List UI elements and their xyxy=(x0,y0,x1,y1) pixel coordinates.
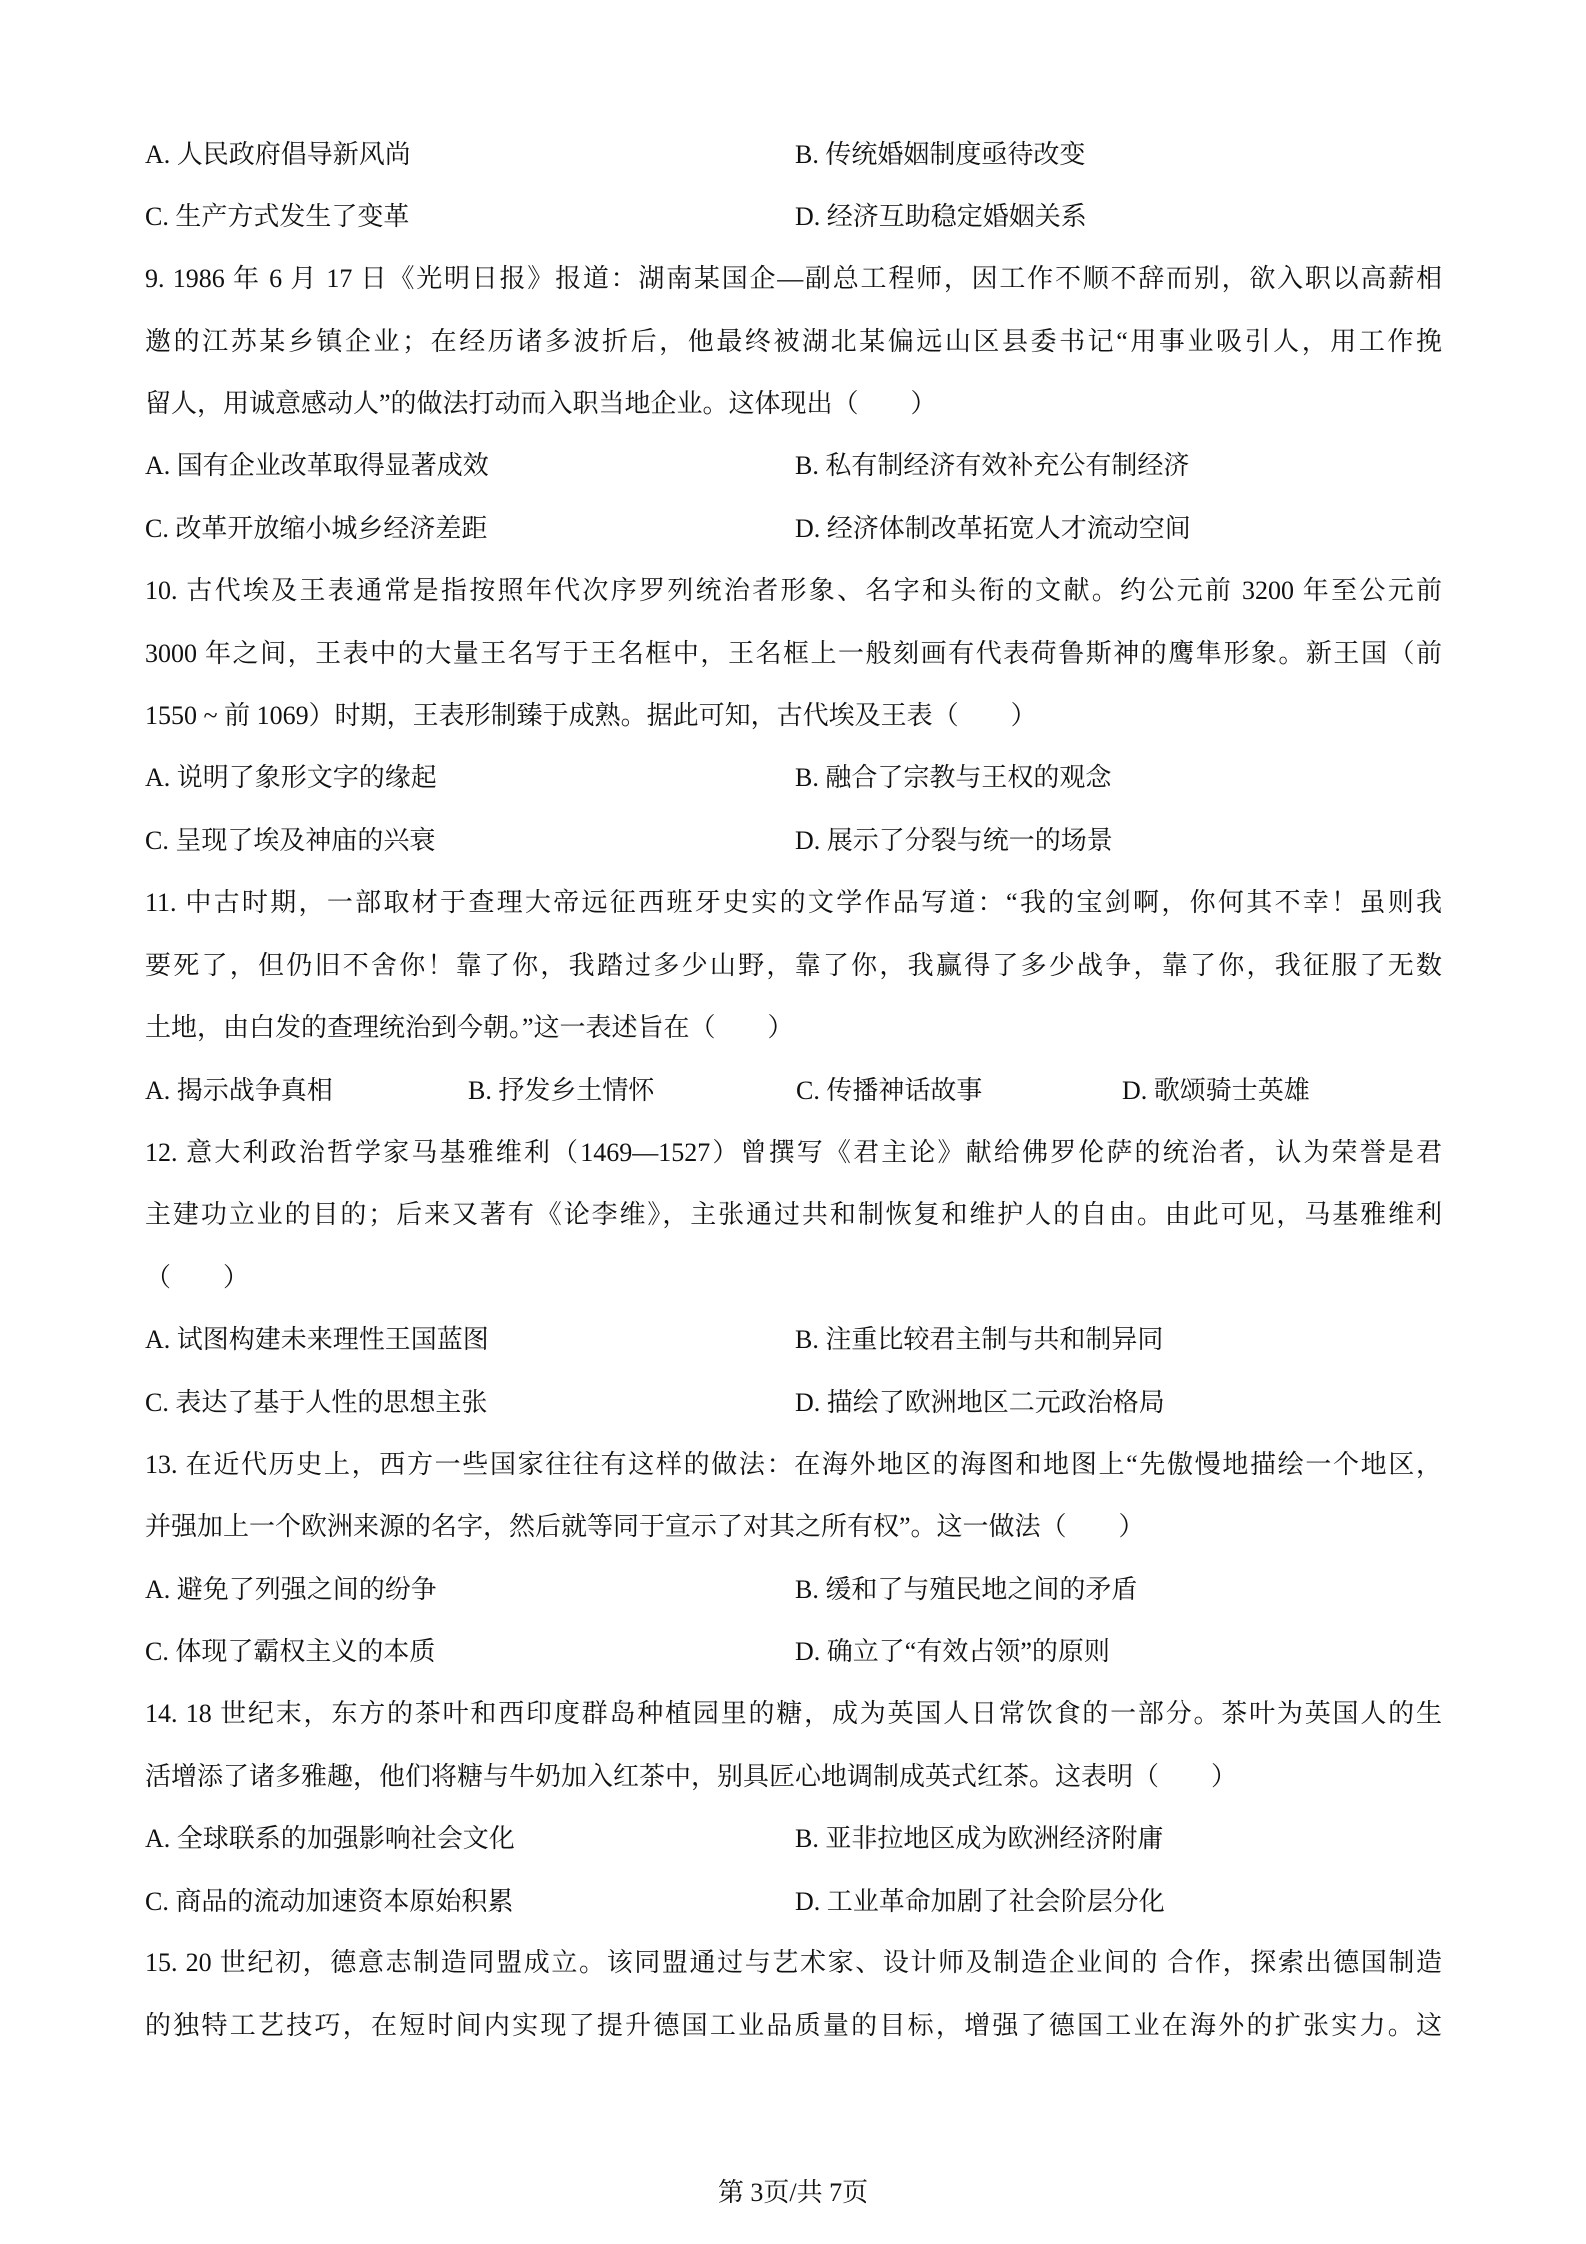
q12-stem-line-3: （ ） xyxy=(145,1258,1442,1298)
q10-stem-line-2: 3000 年之间，王表中的大量王名写于王名框中，王名框上一般刻画有代表荷鲁斯神的… xyxy=(145,634,1442,674)
q10-stem-line-1: 10. 古代埃及王表通常是指按照年代次序罗列统治者形象、名字和头衔的文献。约公元… xyxy=(145,571,1442,611)
q12-stem-line-1: 12. 意大利政治哲学家马基雅维利（1469—1527）曾撰写《君主论》献给佛罗… xyxy=(145,1133,1442,1173)
q13-option-d: D. 确立了“有效占领”的原则 xyxy=(795,1632,1110,1672)
q13-stem-line-1: 13. 在近代历史上，西方一些国家往往有这样的做法：在海外地区的海图和地图上“先… xyxy=(145,1445,1442,1485)
q14-stem-line-2: 活增添了诸多雅趣，他们将糖与牛奶加入红茶中，别具匠心地调制成英式红茶。这表明（ … xyxy=(145,1757,1442,1797)
q9-stem-line-3: 留人，用诚意感动人”的做法打动而入职当地企业。这体现出（ ） xyxy=(145,384,1442,424)
q11-option-d: D. 歌颂骑士英雄 xyxy=(1122,1071,1310,1111)
q9-option-b: B. 私有制经济有效补充公有制经济 xyxy=(795,446,1189,486)
q9-option-a: A. 国有企业改革取得显著成效 xyxy=(145,446,489,486)
q12-option-d: D. 描绘了欧洲地区二元政治格局 xyxy=(795,1383,1165,1423)
q14-option-a: A. 全球联系的加强影响社会文化 xyxy=(145,1819,515,1859)
q14-option-c: C. 商品的流动加速资本原始积累 xyxy=(145,1882,513,1922)
q8-option-a: A. 人民政府倡导新风尚 xyxy=(145,135,411,175)
q10-option-a: A. 说明了象形文字的缘起 xyxy=(145,758,437,798)
q15-stem-line-1: 15. 20 世纪初，德意志制造同盟成立。该同盟通过与艺术家、设计师及制造企业间… xyxy=(145,1943,1442,1983)
q12-option-a: A. 试图构建未来理性王国蓝图 xyxy=(145,1320,489,1360)
q10-option-c: C. 呈现了埃及神庙的兴衰 xyxy=(145,821,435,861)
q9-option-c: C. 改革开放缩小城乡经济差距 xyxy=(145,509,487,549)
q9-stem-line-2: 邀的江苏某乡镇企业；在经历诸多波折后，他最终被湖北某偏远山区县委书记“用事业吸引… xyxy=(145,322,1442,362)
q11-option-a: A. 揭示战争真相 xyxy=(145,1071,333,1111)
q10-option-d: D. 展示了分裂与统一的场景 xyxy=(795,821,1113,861)
q11-option-c: C. 传播神话故事 xyxy=(796,1071,982,1111)
q11-stem-line-2: 要死了，但仍旧不舍你！靠了你，我踏过多少山野，靠了你，我赢得了多少战争，靠了你，… xyxy=(145,946,1442,986)
q9-stem-line-1: 9. 1986 年 6 月 17 日《光明日报》报道：湖南某国企—副总工程师，因… xyxy=(145,259,1442,299)
q12-option-c: C. 表达了基于人性的思想主张 xyxy=(145,1383,487,1423)
q13-option-c: C. 体现了霸权主义的本质 xyxy=(145,1632,435,1672)
q11-stem-line-1: 11. 中古时期，一部取材于查理大帝远征西班牙史实的文学作品写道：“我的宝剑啊，… xyxy=(145,883,1442,923)
q8-option-b: B. 传统婚姻制度亟待改变 xyxy=(795,135,1085,175)
q8-option-d: D. 经济互助稳定婚姻关系 xyxy=(795,197,1087,237)
q10-stem-line-3: 1550 ~ 前 1069）时期，王表形制臻于成熟。据此可知，古代埃及王表（ ） xyxy=(145,696,1442,736)
q14-option-b: B. 亚非拉地区成为欧洲经济附庸 xyxy=(795,1819,1163,1859)
q9-option-d: D. 经济体制改革拓宽人才流动空间 xyxy=(795,509,1191,549)
q12-stem-line-2: 主建功立业的目的；后来又著有《论李维》，主张通过共和制恢复和维护人的自由。由此可… xyxy=(145,1195,1442,1235)
q13-option-a: A. 避免了列强之间的纷争 xyxy=(145,1570,437,1610)
q12-option-b: B. 注重比较君主制与共和制异同 xyxy=(795,1320,1163,1360)
exam-page: A. 人民政府倡导新风尚 B. 传统婚姻制度亟待改变 C. 生产方式发生了变革 … xyxy=(0,0,1586,2244)
q13-option-b: B. 缓和了与殖民地之间的矛盾 xyxy=(795,1570,1137,1610)
q15-stem-line-2: 的独特工艺技巧，在短时间内实现了提升德国工业品质量的目标，增强了德国工业在海外的… xyxy=(145,2006,1442,2046)
q10-option-b: B. 融合了宗教与王权的观念 xyxy=(795,758,1111,798)
q11-option-b: B. 抒发乡土情怀 xyxy=(468,1071,654,1111)
q14-stem-line-1: 14. 18 世纪末，东方的茶叶和西印度群岛种植园里的糖，成为英国人日常饮食的一… xyxy=(145,1694,1442,1734)
q14-option-d: D. 工业革命加剧了社会阶层分化 xyxy=(795,1882,1165,1922)
q13-stem-line-2: 并强加上一个欧洲来源的名字，然后就等同于宣示了对其之所有权”。这一做法（ ） xyxy=(145,1507,1442,1547)
q11-stem-line-3: 土地，由白发的查理统治到今朝。”这一表述旨在（ ） xyxy=(145,1008,1442,1048)
q8-option-c: C. 生产方式发生了变革 xyxy=(145,197,409,237)
page-number: 第 3页/共 7页 xyxy=(0,2176,1586,2210)
